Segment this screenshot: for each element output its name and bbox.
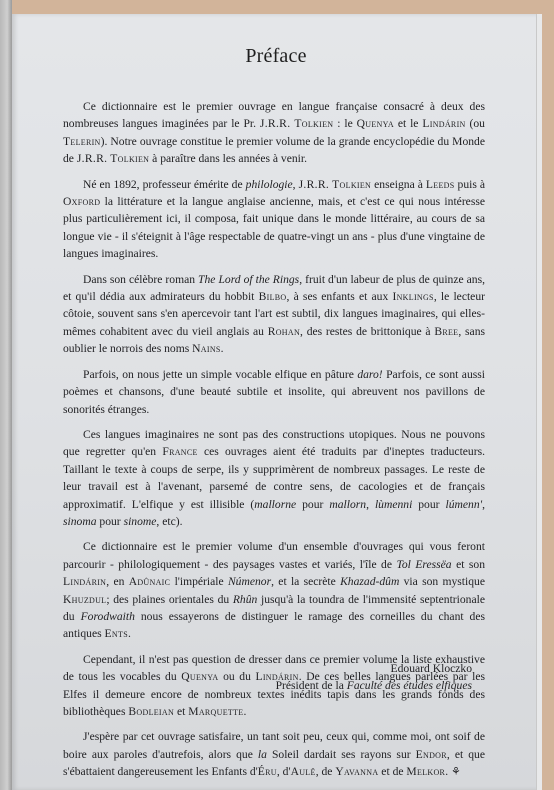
paragraph: Né en 1892, professeur émérite de philol… [63, 176, 485, 263]
paragraph: Parfois, on nous jette un simple vocable… [63, 366, 485, 418]
text-run: Parfois, on nous jette un simple vocable… [83, 368, 357, 381]
text-run: Khazad-dûm [340, 575, 399, 588]
text-run: mallorne [254, 498, 296, 511]
text-run: la [258, 748, 267, 761]
text-run: sinome [124, 515, 157, 528]
text-run: Númenor [228, 575, 271, 588]
paragraph: J'espère par cet ouvrage satisfaire, un … [63, 728, 485, 781]
text-run: Marquette [188, 705, 243, 718]
text-run: Quenya [181, 670, 218, 683]
signature-block: Edouard Kloczko Président de la Faculté … [276, 660, 472, 694]
text-run: (ou [466, 117, 485, 130]
paragraph: Dans son célèbre roman The Lord of the R… [63, 271, 485, 358]
text-run: et son [452, 558, 485, 571]
text-run: Soleil dardait ses rayons sur [267, 748, 416, 761]
paragraph: Ce dictionnaire est le premier ouvrage e… [63, 98, 485, 168]
text-run: Melkor [406, 765, 445, 778]
text-run: pour [296, 498, 329, 511]
text-run: à paraître dans les années à venir. [149, 152, 307, 165]
text-run: et le [394, 117, 422, 130]
text-run: J.R.R. Tolkien [77, 152, 149, 165]
paragraph: Ce dictionnaire est le premier volume d'… [63, 538, 485, 642]
text-run: Éru [258, 765, 277, 778]
text-run: , et la secrète [271, 575, 340, 588]
text-run: lùmenni [375, 498, 412, 511]
text-run: , d' [277, 765, 291, 778]
text-run: Dans son célèbre roman [83, 273, 198, 286]
paragraph: Ces langues imaginaires ne sont pas des … [63, 426, 485, 530]
text-run: : le [333, 117, 356, 130]
text-run: et de [378, 765, 406, 778]
text-run: The Lord of the Rings [198, 273, 299, 286]
text-run: France [162, 445, 197, 458]
text-run: Nains [192, 342, 221, 355]
book-page: Préface Ce dictionnaire est le premier o… [12, 14, 540, 790]
text-run: sinoma [63, 515, 97, 528]
text-run: Né en 1892, professeur émérite de [83, 178, 246, 191]
author-role-prefix: Président de la [276, 679, 347, 692]
author-name: Edouard Kloczko [276, 660, 472, 677]
book-spine [0, 0, 12, 790]
text-run: mallorn [329, 498, 366, 511]
ornament-icon: ⚘ [451, 766, 461, 778]
text-run: Quenya [357, 117, 394, 130]
page-title: Préface [12, 45, 540, 68]
text-run: ou du [219, 670, 256, 683]
text-run: . [243, 705, 246, 718]
text-run: lúmenn' [445, 498, 482, 511]
page-edge [536, 14, 542, 790]
text-run: daro! [357, 368, 382, 381]
text-run: Yavanna [335, 765, 378, 778]
text-run: Ents [105, 627, 128, 640]
text-run: , etc). [156, 515, 182, 528]
text-run: puis à [455, 178, 486, 191]
text-run: la littérature et la langue anglaise anc… [63, 195, 485, 260]
text-run: Khuzdul [63, 593, 106, 606]
text-run: pour [97, 515, 124, 528]
text-run: . [128, 627, 131, 640]
text-run: Bree [434, 325, 458, 338]
text-run: Rohan [268, 325, 300, 338]
text-run: pour [412, 498, 445, 511]
text-run: Telerin [63, 135, 101, 148]
text-run: Leeds [426, 178, 455, 191]
text-run: Adûnaic [129, 575, 171, 588]
text-run: J.R.R. Tolkien [260, 117, 333, 130]
text-run: via son mystique [399, 575, 485, 588]
text-run: Endor [416, 748, 447, 761]
text-run: Aulë [291, 765, 316, 778]
text-run: , des restes de brittonique à [300, 325, 434, 338]
text-run: Lindárin [63, 575, 106, 588]
text-run: . [221, 342, 224, 355]
text-run: l'impériale [170, 575, 228, 588]
text-run: philologie [246, 178, 293, 191]
author-role: Président de la Faculté des études elfiq… [276, 677, 472, 694]
text-run: , en [106, 575, 128, 588]
text-run: Lindárin [422, 117, 465, 130]
author-institution: Faculté des études elfiques [347, 679, 472, 692]
text-run: et [174, 705, 188, 718]
text-run: Bilbo [259, 290, 287, 303]
text-run: , à ses enfants et aux [287, 290, 393, 303]
text-run: Rhûn [233, 593, 257, 606]
text-run: Inklings [392, 290, 433, 303]
text-run: Oxford [63, 195, 100, 208]
text-run: enseigna à [371, 178, 426, 191]
text-run: ; des plaines orientales du [106, 593, 232, 606]
text-run: , [482, 498, 485, 511]
text-run: J.R.R. Tolkien [299, 178, 372, 191]
text-run: Forodwaith [81, 610, 135, 623]
text-run: , de [316, 765, 336, 778]
text-run: Tol Eressëa [396, 558, 451, 571]
text-run: , [366, 498, 375, 511]
text-run: Bodleian [128, 705, 174, 718]
